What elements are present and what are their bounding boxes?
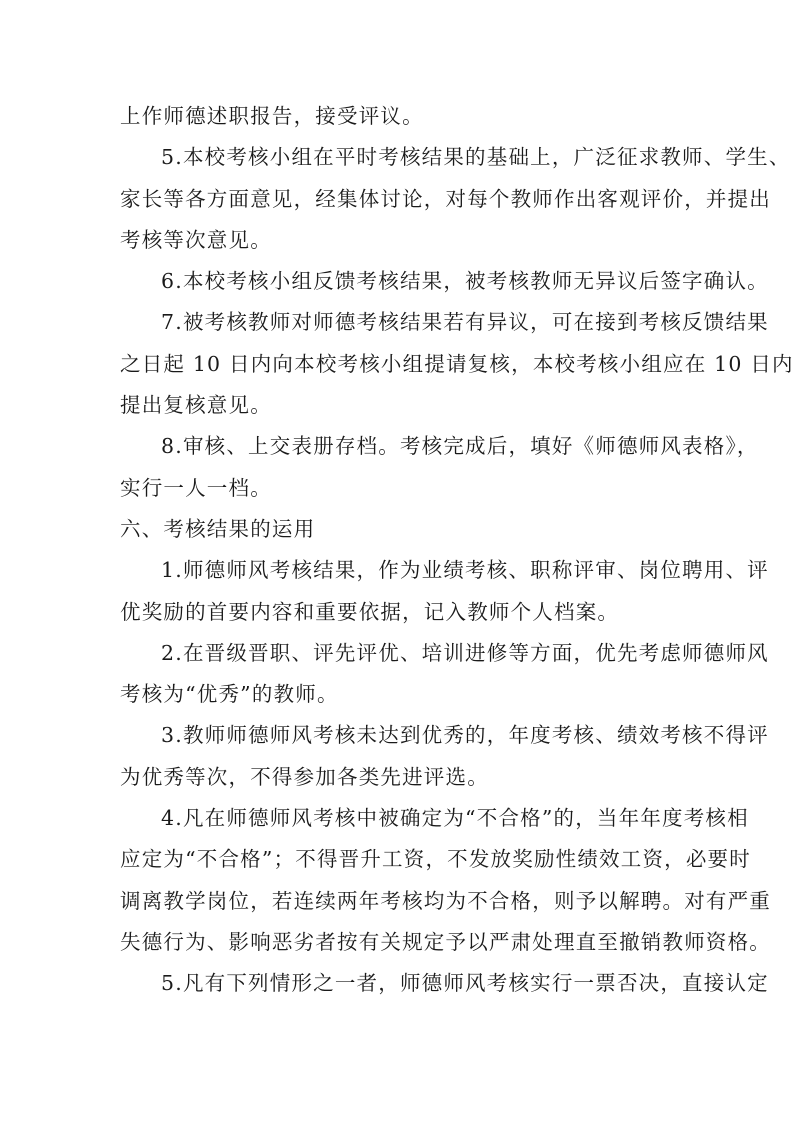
text-line: 为优秀等次，不得参加各类先进评选。: [120, 757, 676, 798]
paragraph-item-5-start: 5.本校考核小组在平时考核结果的基础上，广泛征求教师、学生、: [120, 137, 676, 178]
text-line: 实行一人一档。: [120, 468, 676, 509]
text-line: 之日起 10 日内向本校考核小组提请复核，本校考核小组应在 10 日内: [120, 344, 676, 385]
document-page: 上作师德述职报告，接受评议。 5.本校考核小组在平时考核结果的基础上，广泛征求教…: [120, 96, 676, 1005]
paragraph-item-6: 6.本校考核小组反馈考核结果，被考核教师无异议后签字确认。: [120, 261, 676, 302]
text-line: 上作师德述职报告，接受评议。: [120, 96, 676, 137]
section-heading: 六、考核结果的运用: [120, 509, 676, 550]
text-line: 失德行为、影响恶劣者按有关规定予以严肃处理直至撤销教师资格。: [120, 922, 676, 963]
paragraph-result-3-start: 3.教师师德师风考核未达到优秀的，年度考核、绩效考核不得评: [120, 715, 676, 756]
paragraph-item-8-start: 8.审核、上交表册存档。考核完成后，填好《师德师风表格》，: [120, 426, 676, 467]
paragraph-result-5-start: 5.凡有下列情形之一者，师德师风考核实行一票否决，直接认定: [120, 963, 676, 1004]
text-line: 优奖励的首要内容和重要依据，记入教师个人档案。: [120, 592, 676, 633]
paragraph-item-7-start: 7.被考核教师对师德考核结果若有异议，可在接到考核反馈结果: [120, 302, 676, 343]
paragraph-result-2-start: 2.在晋级晋职、评先评优、培训进修等方面，优先考虑师德师风: [120, 633, 676, 674]
paragraph-result-1-start: 1.师德师风考核结果，作为业绩考核、职称评审、岗位聘用、评: [120, 550, 676, 591]
text-line: 考核等次意见。: [120, 220, 676, 261]
paragraph-result-4-start: 4.凡在师德师风考核中被确定为“不合格”的，当年年度考核相: [120, 798, 676, 839]
text-line: 家长等各方面意见，经集体讨论，对每个教师作出客观评价，并提出: [120, 179, 676, 220]
text-line: 调离教学岗位，若连续两年考核均为不合格，则予以解聘。对有严重: [120, 881, 676, 922]
text-line: 应定为“不合格”；不得晋升工资，不发放奖励性绩效工资，必要时: [120, 839, 676, 880]
text-line: 考核为“优秀”的教师。: [120, 674, 676, 715]
text-line: 提出复核意见。: [120, 385, 676, 426]
